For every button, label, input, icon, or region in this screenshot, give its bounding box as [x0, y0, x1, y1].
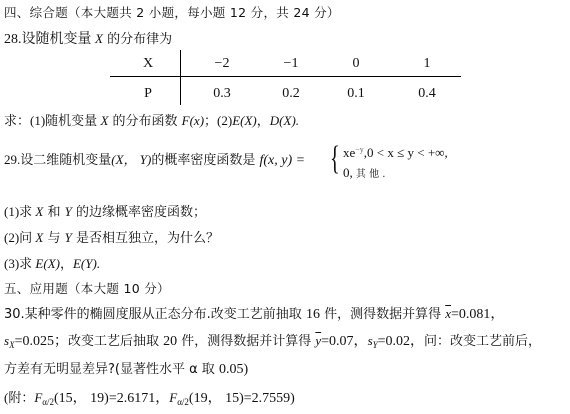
case-2: 0, 其 他 . [343, 165, 385, 181]
table-row-p: P [144, 86, 152, 102]
table-x-value: 1 [424, 56, 431, 72]
q29-sub1: (1)求 X 和 Y 的边缘概率密度函数； [4, 203, 206, 222]
q29-sub3: (3)求 E(X)，E(Y). [4, 255, 100, 274]
q29-sub2: (2)问 X 与 Y 是否相互独立，为什么？ [4, 229, 219, 248]
q30-appendix-note: (附：Fα/2(15， 19)=2.6171，Fα/2(19， 15)=2.75… [4, 389, 295, 411]
case-1: xe−y,0 < x ≤ y < +∞, [343, 145, 448, 161]
table-p-value: 0.2 [282, 86, 300, 102]
section-4-heading: 四、综合题（本大题共 2 小题，每小题 12 分，共 24 分） [4, 4, 340, 22]
table-vertical-divider [180, 50, 181, 105]
q29-intro: 29.设二维随机变量(X， Y)的概率密度函数是 f(x, y) = [4, 151, 305, 170]
q28-intro: 28.设随机变量 X 的分布律为 [4, 30, 172, 49]
table-horizontal-divider [110, 76, 461, 77]
q28-question: 求：(1)随机变量 X 的分布函数 F(x)；(2)E(X)，D(X). [4, 112, 299, 131]
table-p-value: 0.4 [418, 86, 436, 102]
table-x-value: −1 [284, 56, 299, 72]
table-p-value: 0.1 [347, 86, 365, 102]
q30-line-1: 30.某种零件的椭圆度服从正态分布.改变工艺前抽取 16 件，测得数据并算得 x… [4, 305, 504, 324]
table-header-x: X [143, 56, 153, 72]
table-x-value: 0 [353, 56, 360, 72]
q30-line-3: 方差有无明显差异?(显著性水平 α 取 0.05) [4, 361, 248, 379]
q30-line-2: sX=0.025；改变工艺后抽取 20 件，测得数据并计算得 y=0.07，sY… [4, 332, 541, 354]
left-brace: { [330, 142, 340, 176]
table-p-value: 0.3 [213, 86, 231, 102]
table-x-value: −2 [215, 56, 230, 72]
section-5-heading: 五、应用题（本大题 10 分） [4, 280, 170, 298]
